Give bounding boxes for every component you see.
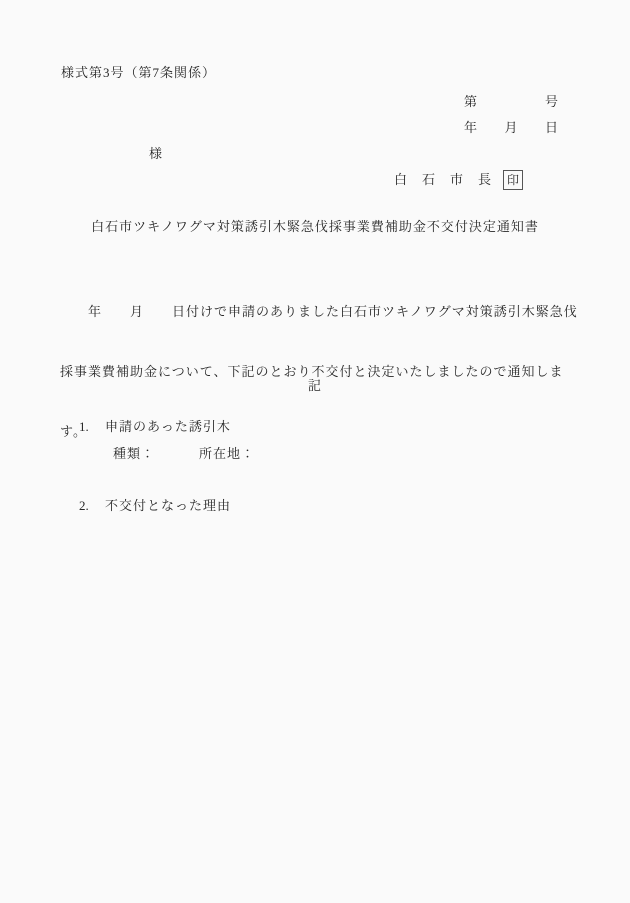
mayor-title: 白 石 市 長: [394, 172, 492, 188]
item-1-details: 種類：所在地：: [62, 430, 255, 479]
date-line: 年 月 日: [464, 120, 559, 136]
document-number-line: 第 号: [464, 94, 559, 110]
body-line-1: 年 月 日付けで申請のありました白石市ツキノワグマ対策誘引木緊急伐: [60, 304, 575, 332]
addressee-honorific: 様: [149, 146, 163, 162]
document-number-prefix: 第: [464, 94, 478, 110]
item-2-label: 不交付となった理由: [105, 498, 231, 513]
location-label: 所在地：: [199, 446, 255, 461]
form-number: 様式第3号（第7条関係）: [61, 65, 216, 81]
seal-box: 印: [503, 170, 523, 190]
document-page: 様式第3号（第7条関係） 第 号 年 月 日 様 白 石 市 長 印 白石市ツキ…: [0, 0, 630, 903]
seal-label: 印: [507, 173, 519, 188]
kind-label: 種類：: [113, 446, 155, 461]
document-title: 白石市ツキノワグマ対策誘引木緊急伐採事業費補助金不交付決定通知書: [0, 219, 630, 235]
sender-line: 白 石 市 長 印: [394, 170, 523, 190]
date-day-label: 日: [545, 120, 559, 136]
item-2-number: 2.: [79, 498, 105, 514]
record-marker: 記: [0, 378, 630, 394]
document-number-suffix: 号: [545, 94, 559, 110]
list-item-2: 2.不交付となった理由: [62, 482, 231, 531]
date-year-label: 年: [464, 120, 478, 136]
date-month-label: 月: [504, 120, 518, 136]
